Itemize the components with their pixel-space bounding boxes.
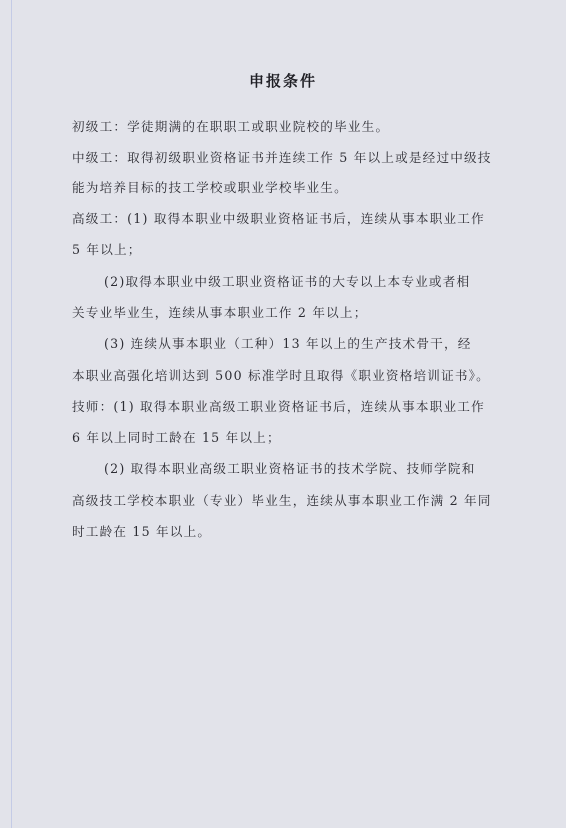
paragraph-senior-worker-1-cont: 5 年以上； xyxy=(72,239,142,258)
paragraph-junior-worker: 初级工：学徒期满的在职职工或职业院校的毕业生。 xyxy=(72,116,389,135)
document-page: 申报条件 初级工：学徒期满的在职职工或职业院校的毕业生。 中级工：取得初级职业资… xyxy=(0,0,566,828)
paragraph-senior-worker-1: 高级工：(1) 取得本职业中级职业资格证书后，连续从事本职业工作 xyxy=(72,208,485,227)
page-title: 申报条件 xyxy=(0,70,566,91)
paragraph-senior-worker-3-cont: 本职业高强化培训达到 500 标准学时且取得《职业资格培训证书》。 xyxy=(72,365,490,384)
paragraph-intermediate-worker: 中级工：取得初级职业资格证书并连续工作 5 年以上或是经过中级技 xyxy=(72,147,492,166)
paragraph-senior-worker-3: (3) 连续从事本职业（工种）13 年以上的生产技术骨干，经 xyxy=(104,333,472,352)
paragraph-senior-worker-2-cont: 关专业毕业生，连续从事本职业工作 2 年以上； xyxy=(72,302,368,321)
paragraph-technician-2-cont: 高级技工学校本职业（专业）毕业生，连续从事本职业工作满 2 年同 xyxy=(72,490,492,509)
paragraph-technician-2: (2) 取得本职业高级工职业资格证书的技术学院、技师学院和 xyxy=(104,458,476,477)
paragraph-technician-1: 技师：(1) 取得本职业高级工职业资格证书后，连续从事本职业工作 xyxy=(72,396,485,415)
paragraph-technician-2-end: 时工龄在 15 年以上。 xyxy=(72,521,211,540)
paragraph-senior-worker-2: (2)取得本职业中级工职业资格证书的大专以上本专业或者相 xyxy=(104,271,470,290)
paragraph-technician-1-cont: 6 年以上同时工龄在 15 年以上； xyxy=(72,427,281,446)
paragraph-intermediate-worker-cont: 能为培养目标的技工学校或职业学校毕业生。 xyxy=(72,177,348,196)
